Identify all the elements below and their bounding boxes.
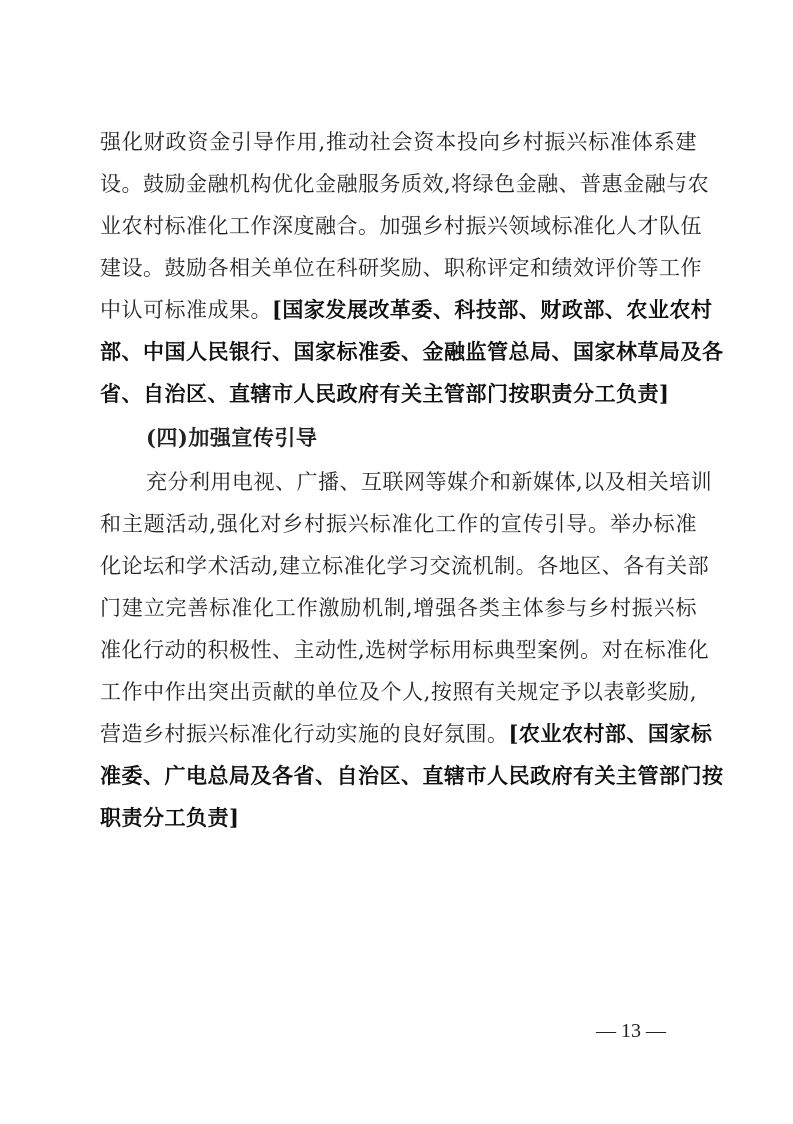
body-text-line: 工作中作出突出贡献的单位及个人,按照有关规定予以表彰奖励, (100, 677, 697, 707)
body-text-line: 准化行动的积极性、主动性,选树学标用标典型案例。对在标准化 (100, 635, 697, 665)
document-page: 强化财政资金引导作用,推动社会资本投向乡村振兴标准体系建 设。鼓励金融机构优化金… (0, 0, 793, 1124)
responsible-departments-text: [农业农村部、国家标 (509, 721, 713, 746)
body-text: 中认可标准成果。 (100, 298, 272, 322)
body-text-line: 门建立完善标准化工作激励机制,增强各类主体参与乡村振兴标 (100, 593, 697, 623)
section-heading: (四)加强宣传引导 (146, 423, 697, 453)
responsible-departments-line: 准委、广电总局及各省、自治区、直辖市人民政府有关主管部门按 (100, 761, 697, 791)
body-text-line-mixed: 营造乡村振兴标准化行动实施的良好氛围。[农业农村部、国家标 (100, 719, 697, 749)
responsible-departments-line: 部、中国人民银行、国家标准委、金融监管总局、国家林草局及各 (100, 337, 697, 367)
responsible-departments-line: 职责分工负责] (100, 803, 697, 833)
responsible-departments-text: [国家发展改革委、科技部、财政部、农业农村 (272, 297, 712, 322)
body-text-line: 建设。鼓励各相关单位在科研奖励、职称评定和绩效评价等工作 (100, 253, 697, 283)
body-text-line: 业农村标准化工作深度融合。加强乡村振兴领域标准化人才队伍 (100, 211, 697, 241)
body-text-line: 强化财政资金引导作用,推动社会资本投向乡村振兴标准体系建 (100, 127, 697, 157)
body-text-line-mixed: 中认可标准成果。[国家发展改革委、科技部、财政部、农业农村 (100, 295, 697, 325)
responsible-departments-line: 省、自治区、直辖市人民政府有关主管部门按职责分工负责] (100, 379, 697, 409)
body-text-line: 设。鼓励金融机构优化金融服务质效,将绿色金融、普惠金融与农 (100, 169, 697, 199)
body-text-line: 化论坛和学术活动,建立标准化学习交流机制。各地区、各有关部 (100, 551, 697, 581)
page-number: — 13 — (596, 1018, 696, 1044)
body-text: 营造乡村振兴标准化行动实施的良好氛围。 (100, 722, 509, 746)
body-text-line: 和主题活动,强化对乡村振兴标准化工作的宣传引导。举办标准 (100, 509, 697, 539)
body-text-line: 充分利用电视、广播、互联网等媒介和新媒体,以及相关培训 (146, 467, 697, 497)
